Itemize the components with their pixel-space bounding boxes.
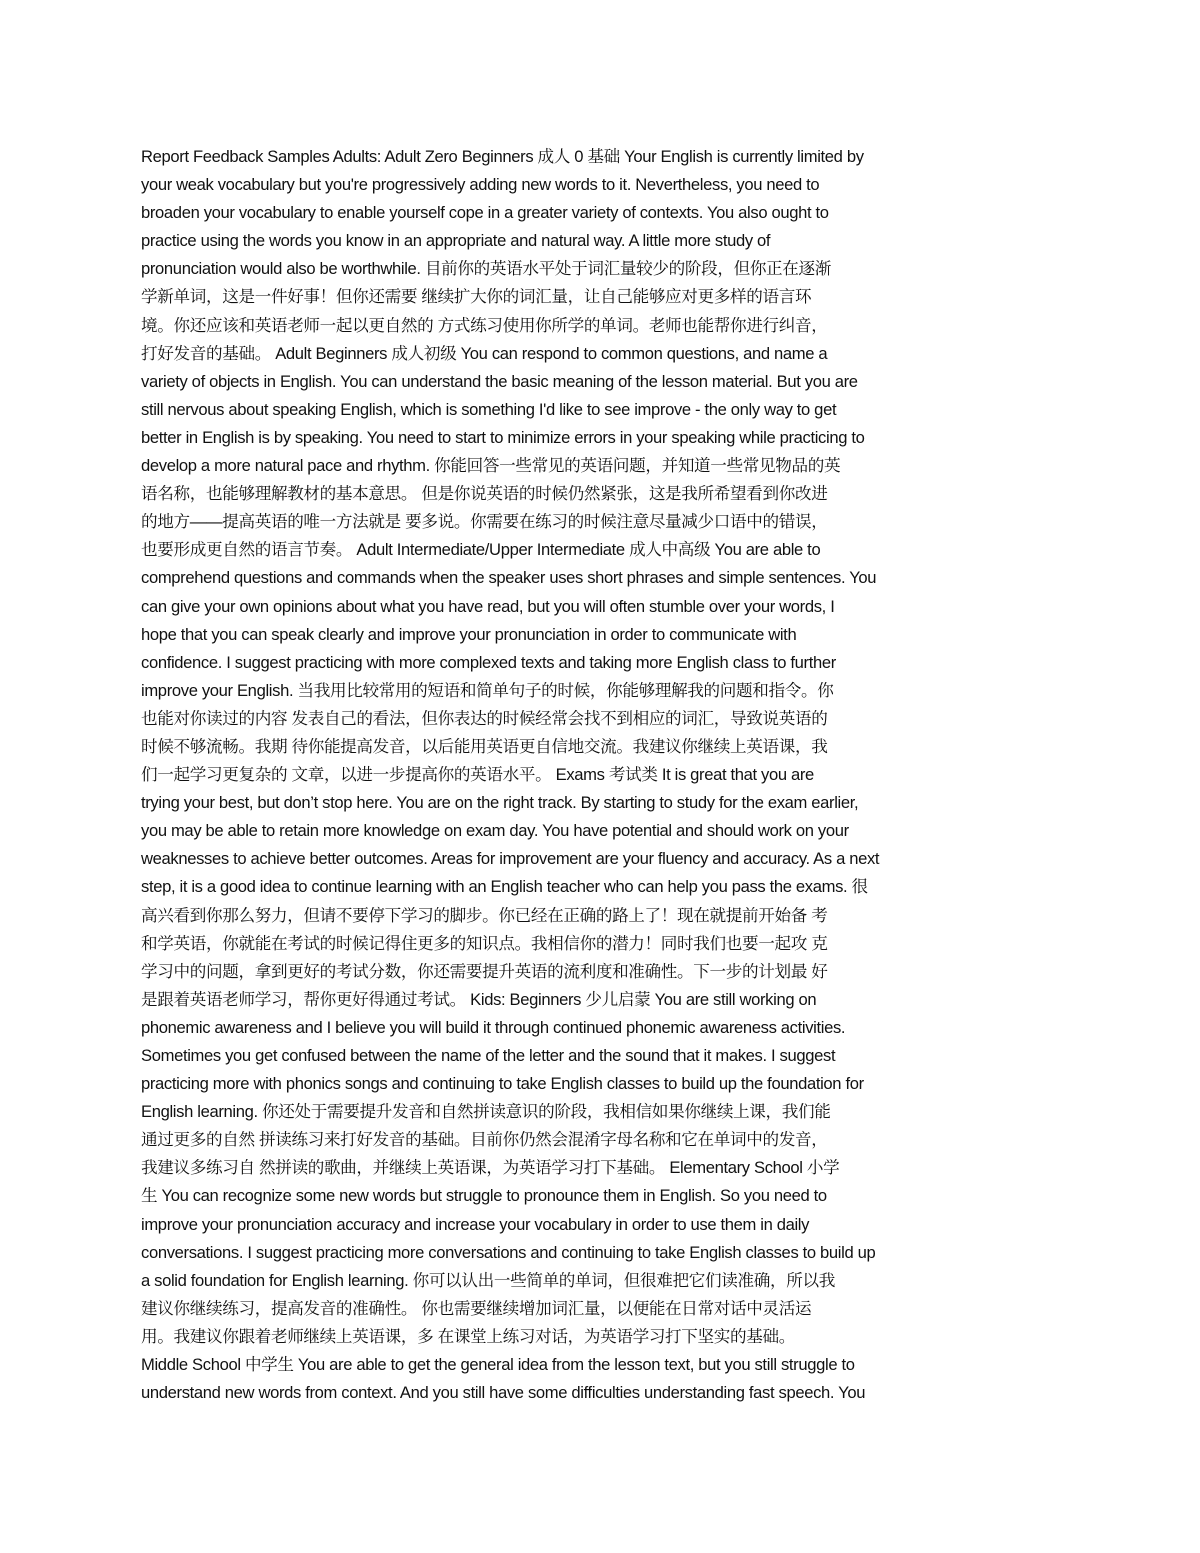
text-line: conversations. I suggest practicing more… <box>141 1239 1071 1267</box>
text-line: 和学英语，你就能在考试的时候记得住更多的知识点。我相信你的潜力！同时我们也要一起… <box>141 930 1071 958</box>
text-line: hope that you can speak clearly and impr… <box>141 621 1071 649</box>
text-line: Middle School 中学生 You are able to get th… <box>141 1351 1071 1379</box>
text-line: understand new words from context. And y… <box>141 1379 1071 1407</box>
text-line: 语名称，也能够理解教材的基本意思。 但是你说英语的时候仍然紧张，这是我所希望看到… <box>141 480 1071 508</box>
text-line: 是跟着英语老师学习，帮你更好得通过考试。 Kids: Beginners 少儿启… <box>141 986 1071 1014</box>
text-line: can give your own opinions about what yo… <box>141 593 1071 621</box>
text-line: English learning. 你还处于需要提升发音和自然拼读意识的阶段，我… <box>141 1098 1071 1126</box>
text-line: develop a more natural pace and rhythm. … <box>141 452 1071 480</box>
text-line: 打好发音的基础。 Adult Beginners 成人初级 You can re… <box>141 340 1071 368</box>
text-line: step, it is a good idea to continue lear… <box>141 873 1071 901</box>
text-line: pronunciation would also be worthwhile. … <box>141 255 1071 283</box>
text-line: 境。你还应该和英语老师一起以更自然的 方式练习使用你所学的单词。老师也能帮你进行… <box>141 312 1071 340</box>
text-line: Sometimes you get confused between the n… <box>141 1042 1071 1070</box>
text-line: 的地方——提高英语的唯一方法就是 要多说。你需要在练习的时候注意尽量减少口语中的… <box>141 508 1071 536</box>
text-line: trying your best, but don’t stop here. Y… <box>141 789 1071 817</box>
text-line: practice using the words you know in an … <box>141 227 1071 255</box>
text-line: you may be able to retain more knowledge… <box>141 817 1071 845</box>
text-line: 时候不够流畅。我期 待你能提高发音，以后能用英语更自信地交流。我建议你继续上英语… <box>141 733 1071 761</box>
text-line: practicing more with phonics songs and c… <box>141 1070 1071 1098</box>
text-line: 们一起学习更复杂的 文章，以进一步提高你的英语水平。 Exams 考试类 It … <box>141 761 1071 789</box>
text-line: better in English is by speaking. You ne… <box>141 424 1071 452</box>
text-line: comprehend questions and commands when t… <box>141 564 1071 592</box>
text-line: variety of objects in English. You can u… <box>141 368 1071 396</box>
text-line: Report Feedback Samples Adults: Adult Ze… <box>141 143 1071 171</box>
text-line: phonemic awareness and I believe you wil… <box>141 1014 1071 1042</box>
text-line: 建议你继续练习，提高发音的准确性。 你也需要继续增加词汇量，以便能在日常对话中灵… <box>141 1295 1071 1323</box>
text-line: improve your English. 当我用比较常用的短语和简单句子的时候… <box>141 677 1071 705</box>
text-line: confidence. I suggest practicing with mo… <box>141 649 1071 677</box>
text-line: 学习中的问题，拿到更好的考试分数，你还需要提升英语的流利度和准确性。下一步的计划… <box>141 958 1071 986</box>
text-line: still nervous about speaking English, wh… <box>141 396 1071 424</box>
text-line: 也要形成更自然的语言节奏。 Adult Intermediate/Upper I… <box>141 536 1071 564</box>
text-line: 通过更多的自然 拼读练习来打好发音的基础。目前你仍然会混淆字母名称和它在单词中的… <box>141 1126 1071 1154</box>
text-line: 也能对你读过的内容 发表自己的看法，但你表达的时候经常会找不到相应的词汇，导致说… <box>141 705 1071 733</box>
text-line: broaden your vocabulary to enable yourse… <box>141 199 1071 227</box>
document-body: Report Feedback Samples Adults: Adult Ze… <box>141 143 1071 1407</box>
text-line: 学新单词，这是一件好事！但你还需要 继续扩大你的词汇量，让自己能够应对更多样的语… <box>141 283 1071 311</box>
text-line: 我建议多练习自 然拼读的歌曲，并继续上英语课，为英语学习打下基础。 Elemen… <box>141 1154 1071 1182</box>
text-line: weaknesses to achieve better outcomes. A… <box>141 845 1071 873</box>
text-line: 高兴看到你那么努力，但请不要停下学习的脚步。你已经在正确的路上了！现在就提前开始… <box>141 902 1071 930</box>
text-line: 用。我建议你跟着老师继续上英语课，多 在课堂上练习对话，为英语学习打下坚实的基础… <box>141 1323 1071 1351</box>
text-line: improve your pronunciation accuracy and … <box>141 1211 1071 1239</box>
text-line: your weak vocabulary but you're progress… <box>141 171 1071 199</box>
document-page: Report Feedback Samples Adults: Adult Ze… <box>0 0 1200 1553</box>
text-line: 生 You can recognize some new words but s… <box>141 1182 1071 1210</box>
text-line: a solid foundation for English learning.… <box>141 1267 1071 1295</box>
